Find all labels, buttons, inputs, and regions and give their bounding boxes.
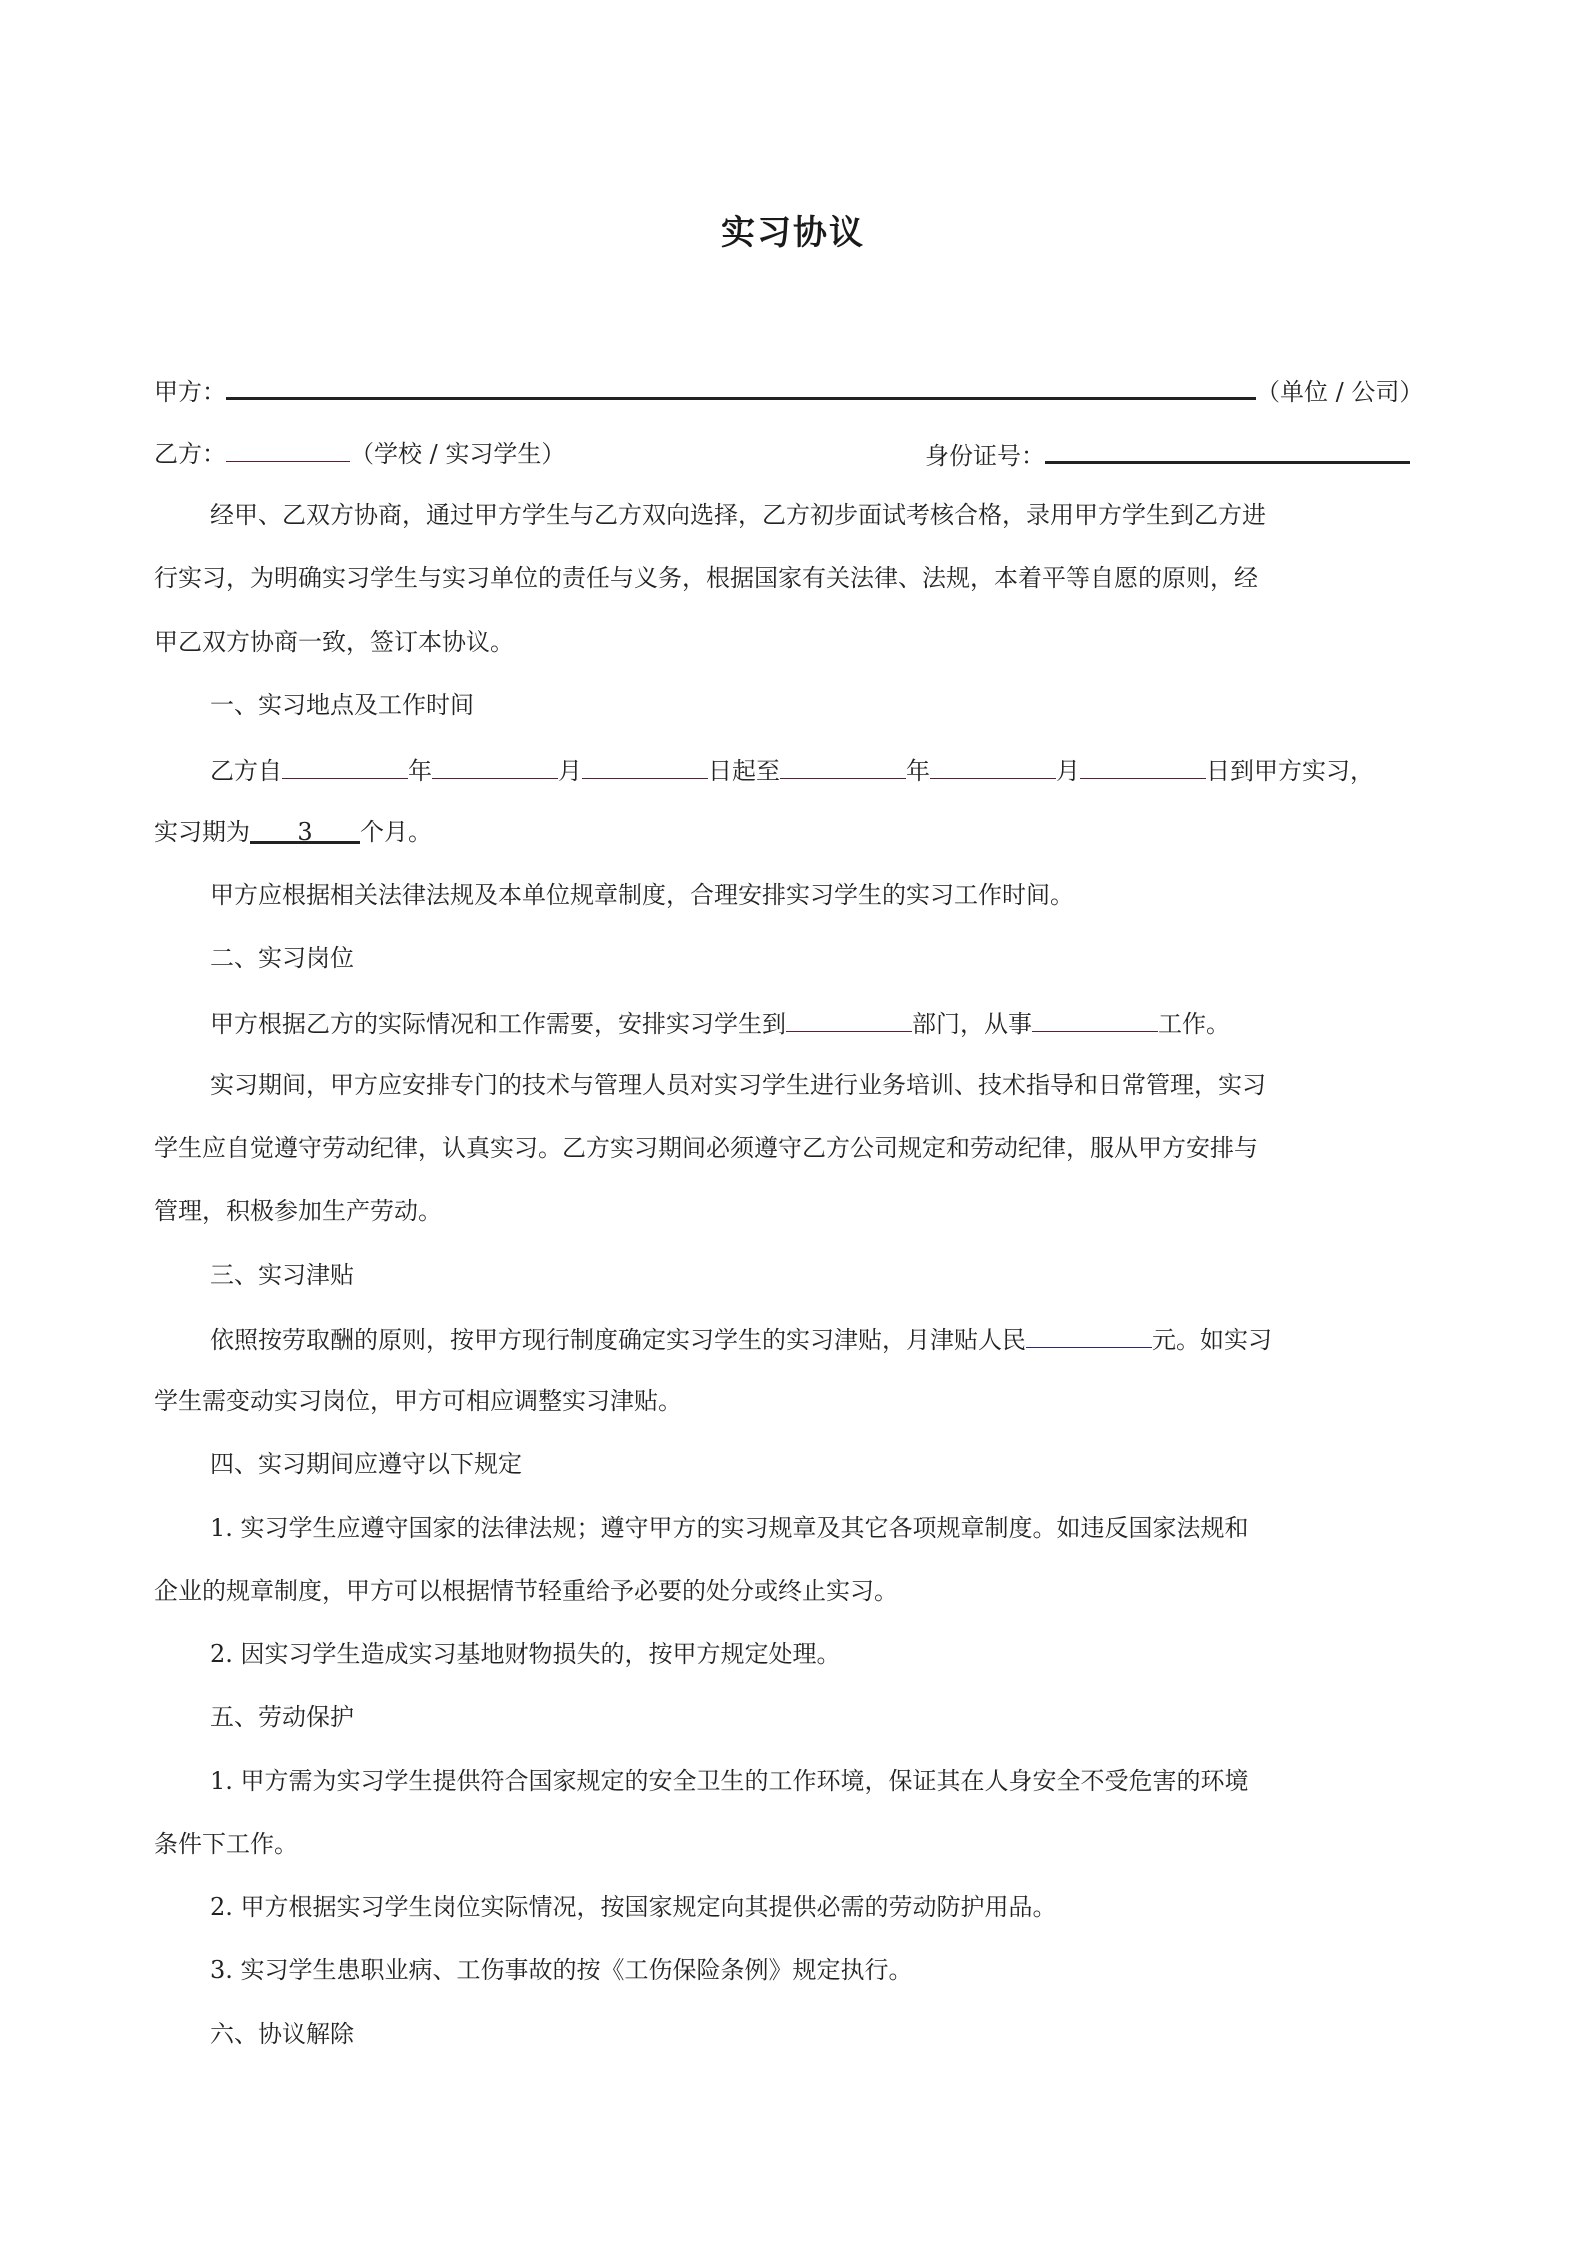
work-time-line: 甲方应根据相关法律法规及本单位规章制度，合理安排实习学生的实习工作时间。 [210,880,1074,910]
start-year-field[interactable] [282,754,408,779]
month-label: 月 [558,757,582,785]
start-month-field[interactable] [432,754,558,779]
section2-heading: 二、实习岗位 [210,943,354,973]
party-b-label: 乙方： [154,440,226,468]
date-prefix: 乙方自 [210,757,282,785]
section5-item2: 2. 甲方根据实习学生岗位实际情况，按国家规定向其提供必需的劳动防护用品。 [210,1892,1057,1922]
allowance-suffix: 元。如实习 [1152,1326,1272,1354]
section2-para-2: 学生应自觉遵守劳动纪律，认真实习。乙方实习期间必须遵守乙方公司规定和劳动纪律，服… [154,1133,1258,1163]
month-label: 月 [1056,757,1080,785]
department-mid: 部门，从事 [912,1010,1032,1038]
date-suffix: 日到甲方实习， [1206,757,1374,785]
section5-item1-line2: 条件下工作。 [154,1829,298,1859]
end-month-field[interactable] [930,754,1056,779]
date-range-line: 乙方自年月日起至年月日到甲方实习， [210,754,1374,786]
allowance-line: 依照按劳取酬的原则，按甲方现行制度确定实习学生的实习津贴，月津贴人民元。如实习 [210,1323,1272,1355]
section4-item2: 2. 因实习学生造成实习基地财物损失的，按甲方规定处理。 [210,1639,841,1669]
allowance-prefix: 依照按劳取酬的原则，按甲方现行制度确定实习学生的实习津贴，月津贴人民 [210,1326,1026,1354]
period-prefix: 实习期为 [154,818,250,846]
section5-heading: 五、劳动保护 [210,1702,354,1732]
party-a-suffix: （单位 / 公司） [1256,378,1423,406]
id-number-field[interactable] [1045,437,1410,464]
party-a-row: 甲方：（单位 / 公司） [154,373,1423,407]
end-day-field[interactable] [1080,754,1206,779]
document-page: 实习协议 甲方：（单位 / 公司） 乙方：（学校 / 实习学生） 身份证号： 经… [0,0,1586,2244]
year-label: 年 [906,757,930,785]
section1-heading: 一、实习地点及工作时间 [210,690,474,720]
department-suffix: 工作。 [1158,1010,1230,1038]
allowance-field[interactable] [1026,1323,1152,1348]
section3-heading: 三、实习津贴 [210,1260,354,1290]
day-to-label: 日起至 [708,757,780,785]
party-b-suffix: （学校 / 实习学生） [350,440,565,468]
section4-item1-line1: 1. 实习学生应遵守国家的法律法规；遵守甲方的实习规章及其它各项规章制度。如违反… [210,1513,1249,1543]
intro-line-2: 行实习，为明确实习学生与实习单位的责任与义务，根据国家有关法律、法规，本着平等自… [154,563,1258,593]
party-b-row: 乙方：（学校 / 实习学生） [154,437,565,469]
section2-para-1: 实习期间，甲方应安排专门的技术与管理人员对实习学生进行业务培训、技术指导和日常管… [210,1070,1266,1100]
party-a-label: 甲方： [154,378,226,406]
job-field[interactable] [1032,1007,1158,1032]
section5-item1-line1: 1. 甲方需为实习学生提供符合国家规定的安全卫生的工作环境，保证其在人身安全不受… [210,1766,1249,1796]
department-prefix: 甲方根据乙方的实际情况和工作需要，安排实习学生到 [210,1010,786,1038]
section5-item3: 3. 实习学生患职业病、工伤事故的按《工伤保险条例》规定执行。 [210,1955,913,1985]
period-suffix: 个月。 [360,818,432,846]
party-b-field[interactable] [226,437,350,462]
party-a-field[interactable] [226,373,1256,400]
id-number-row: 身份证号： [925,437,1410,471]
department-field[interactable] [786,1007,912,1032]
document-title: 实习协议 [0,205,1586,254]
period-field[interactable]: 3 [250,817,360,844]
allowance-line-2: 学生需变动实习岗位，甲方可相应调整实习津贴。 [154,1386,682,1416]
section2-para-3: 管理，积极参加生产劳动。 [154,1196,442,1226]
period-line: 实习期为3个月。 [154,817,432,847]
section6-heading: 六、协议解除 [210,2019,354,2049]
year-label: 年 [408,757,432,785]
id-number-label: 身份证号： [925,442,1045,470]
intro-line-3: 甲乙双方协商一致，签订本协议。 [154,627,514,657]
end-year-field[interactable] [780,754,906,779]
intro-line-1: 经甲、乙双方协商，通过甲方学生与乙方双向选择，乙方初步面试考核合格，录用甲方学生… [210,500,1266,530]
department-line: 甲方根据乙方的实际情况和工作需要，安排实习学生到部门，从事工作。 [210,1007,1230,1039]
section4-heading: 四、实习期间应遵守以下规定 [210,1449,522,1479]
section4-item1-line2: 企业的规章制度，甲方可以根据情节轻重给予必要的处分或终止实习。 [154,1576,898,1606]
start-day-field[interactable] [582,754,708,779]
